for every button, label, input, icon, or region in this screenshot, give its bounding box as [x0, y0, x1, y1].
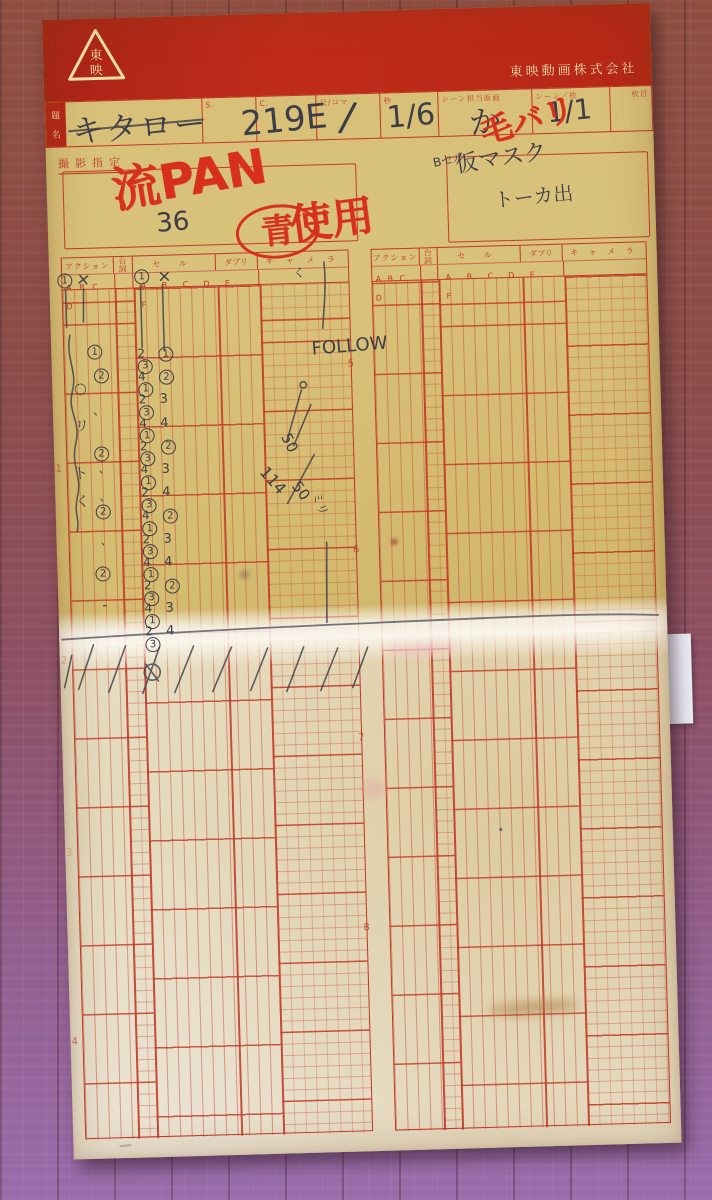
frame-number-left: 4 [71, 1037, 78, 1047]
field-seconds: 秒 1/6 [380, 91, 439, 139]
field-title-value: キタロー [71, 98, 209, 152]
table-body [63, 283, 373, 1141]
field-c: C. 219E [256, 94, 317, 142]
field-page-number: 枚目 [610, 85, 653, 132]
frame-number-left: 1 [55, 465, 62, 475]
shooting-note-box-right [446, 151, 650, 243]
shooting-note-box-left [62, 163, 358, 249]
pink-stain-small [361, 779, 386, 800]
action-column-letters: ABCD [372, 266, 420, 281]
field-title: 題名 キタロー [44, 98, 203, 148]
cell-group-label: セ ル [437, 246, 521, 264]
toei-triangle-logo-icon: 東 映 [64, 26, 128, 90]
dialogue-group-label: 台詞 [113, 257, 132, 274]
action-group-label: アクション [372, 249, 420, 266]
camera-group-label: キ ャ メ ラ [562, 242, 646, 260]
logo-text-top: 東 [89, 47, 102, 63]
dialogue-group-label: 台詞 [419, 248, 437, 264]
action-column-letters: ABCD [62, 274, 114, 289]
action-group-label: アクション [62, 257, 114, 274]
field-seconds-value: 1/6 [386, 97, 437, 136]
double-group-label: ダブリ [216, 253, 258, 270]
camera-group-label: キ ャ メ ラ [257, 251, 348, 270]
exposure-table-right: アクション 台詞 セ ル ダブリ キ ャ メ ラ ABCD ABCDEF [371, 241, 672, 1130]
dialogue-spacer [420, 265, 438, 279]
field-scene-sheets-value: 1/1 [545, 92, 593, 129]
camera-spacer [563, 259, 647, 275]
frame-number-left: 3 [66, 848, 73, 858]
exposure-table-left: アクション 台詞 セ ル ダブリ キ ャ メ ラ ABCD ABCDEF [61, 250, 374, 1140]
field-scene-artist-value: か [466, 95, 504, 145]
company-name: 東映動画株式会社 [509, 57, 637, 80]
field-scene-sheets: シーン／枚 1/1 [532, 86, 611, 134]
field-title-label: 題名 [45, 102, 66, 147]
field-scene-artist: シーン担当原画 か [438, 88, 533, 137]
toei-timing-sheet: 東 映 東映動画株式会社 題名 キタロー S. C. 219E 尺/コマ / 秒… [42, 3, 682, 1160]
logo-text-bottom: 映 [90, 62, 103, 78]
cell-group-label: セ ル [132, 254, 216, 272]
dialogue-spacer [114, 274, 133, 289]
camera-spacer [258, 268, 349, 285]
frame-number-left: 2 [61, 657, 68, 667]
field-length-frames: 尺/コマ / [316, 93, 381, 141]
double-group-label: ダブリ [520, 245, 562, 262]
